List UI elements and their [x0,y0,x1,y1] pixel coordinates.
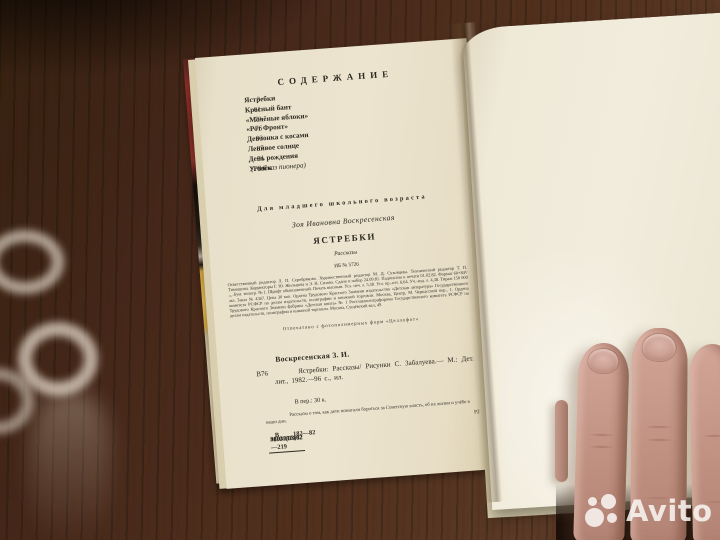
thumb-tip [555,400,568,482]
fingernail [588,349,619,374]
fingernail [643,334,676,361]
toc-item-page: 61 [245,105,262,114]
logo-dot [601,494,616,509]
table-light-streak [30,392,110,540]
logo-dot [588,497,597,506]
finger-crease [639,425,679,429]
finger-crease [639,438,679,442]
watermark-brand-text: Avito [626,494,713,528]
table-light-reflection [0,230,64,294]
avito-logo-icon [585,494,619,528]
finger-crease [583,432,620,437]
left-page-colophon: СОДЕРЖАНИЕ Ястребки 3 Красный бант 61 «М… [195,38,498,489]
logo-dot [607,513,617,523]
toc-item-page: 87 [248,144,265,153]
toc-item-page: 3 [244,95,261,104]
finger-crease [583,444,620,449]
toc-item-page: 83 [247,134,264,143]
avito-watermark: Avito [585,494,713,528]
toc-item-page: 91 [248,154,265,163]
table-of-contents: Ястребки 3 Красный бант 61 «Мочёные ябло… [244,80,471,174]
toc-item-page: 76 [246,125,263,134]
photo-open-book-on-table: СОДЕРЖАНИЕ Ястребки 3 Красный бант 61 «М… [0,0,720,540]
toc-item-page: 94 [249,164,266,173]
finger-crease [697,434,720,439]
catalog-code: В76 [256,370,268,380]
logo-dot [585,508,604,527]
toc-item-page: 70 [245,115,262,124]
